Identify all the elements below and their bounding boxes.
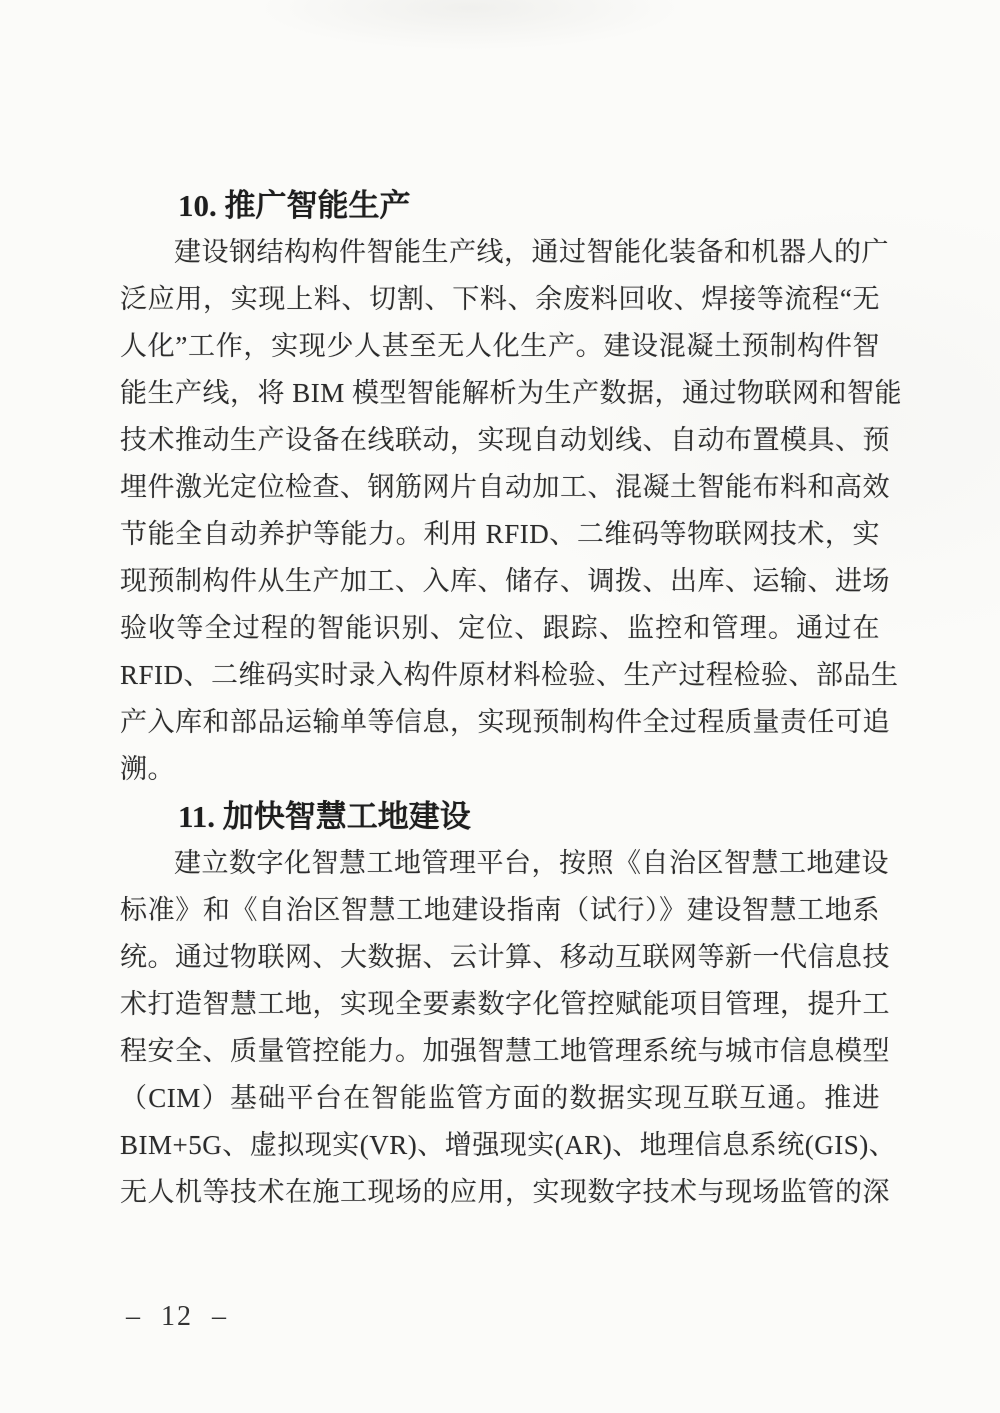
body-line: 能生产线，将 BIM 模型智能解析为生产数据，通过物联网和智能	[120, 370, 880, 417]
body-line: 程安全、质量管控能力。加强智慧工地管理系统与城市信息模型	[120, 1028, 880, 1075]
document-page: 10. 推广智能生产 建设钢结构构件智能生产线，通过智能化装备和机器人的广 泛应…	[0, 0, 1000, 1413]
body-line: 术打造智慧工地，实现全要素数字化管控赋能项目管理，提升工	[120, 981, 880, 1028]
body-line: 现预制构件从生产加工、入库、储存、调拨、出库、运输、进场	[120, 558, 880, 605]
body-line: 无人机等技术在施工现场的应用，实现数字技术与现场监管的深	[120, 1169, 880, 1216]
document-body: 10. 推广智能生产 建设钢结构构件智能生产线，通过智能化装备和机器人的广 泛应…	[120, 182, 880, 1216]
body-line: 溯。	[120, 746, 880, 793]
body-line: 产入库和部品运输单等信息，实现预制构件全过程质量责任可追	[120, 699, 880, 746]
body-line: 标准》和《自治区智慧工地建设指南（试行）》建设智慧工地系	[120, 887, 880, 934]
section-10-heading: 10. 推广智能生产	[120, 182, 880, 229]
body-line: 节能全自动养护等能力。利用 RFID、二维码等物联网技术，实	[120, 511, 880, 558]
page-number: – 12 –	[126, 1301, 228, 1333]
body-line: 验收等全过程的智能识别、定位、跟踪、监控和管理。通过在	[120, 605, 880, 652]
body-line: BIM+5G、虚拟现实(VR)、增强现实(AR)、地理信息系统(GIS)、	[120, 1122, 880, 1169]
body-line: 建设钢结构构件智能生产线，通过智能化装备和机器人的广	[120, 229, 880, 276]
body-line: 统。通过物联网、大数据、云计算、移动互联网等新一代信息技	[120, 934, 880, 981]
body-line: 技术推动生产设备在线联动，实现自动划线、自动布置模具、预	[120, 417, 880, 464]
body-line: 泛应用，实现上料、切割、下料、余废料回收、焊接等流程“无	[120, 276, 880, 323]
body-line: 人化”工作，实现少人甚至无人化生产。建设混凝土预制构件智	[120, 323, 880, 370]
section-11-heading: 11. 加快智慧工地建设	[120, 793, 880, 840]
body-line: （CIM）基础平台在智能监管方面的数据实现互联互通。推进	[120, 1075, 880, 1122]
body-line: 建立数字化智慧工地管理平台，按照《自治区智慧工地建设	[120, 840, 880, 887]
body-line: 埋件激光定位检查、钢筋网片自动加工、混凝土智能布料和高效	[120, 464, 880, 511]
body-line: RFID、二维码实时录入构件原材料检验、生产过程检验、部品生	[120, 652, 880, 699]
